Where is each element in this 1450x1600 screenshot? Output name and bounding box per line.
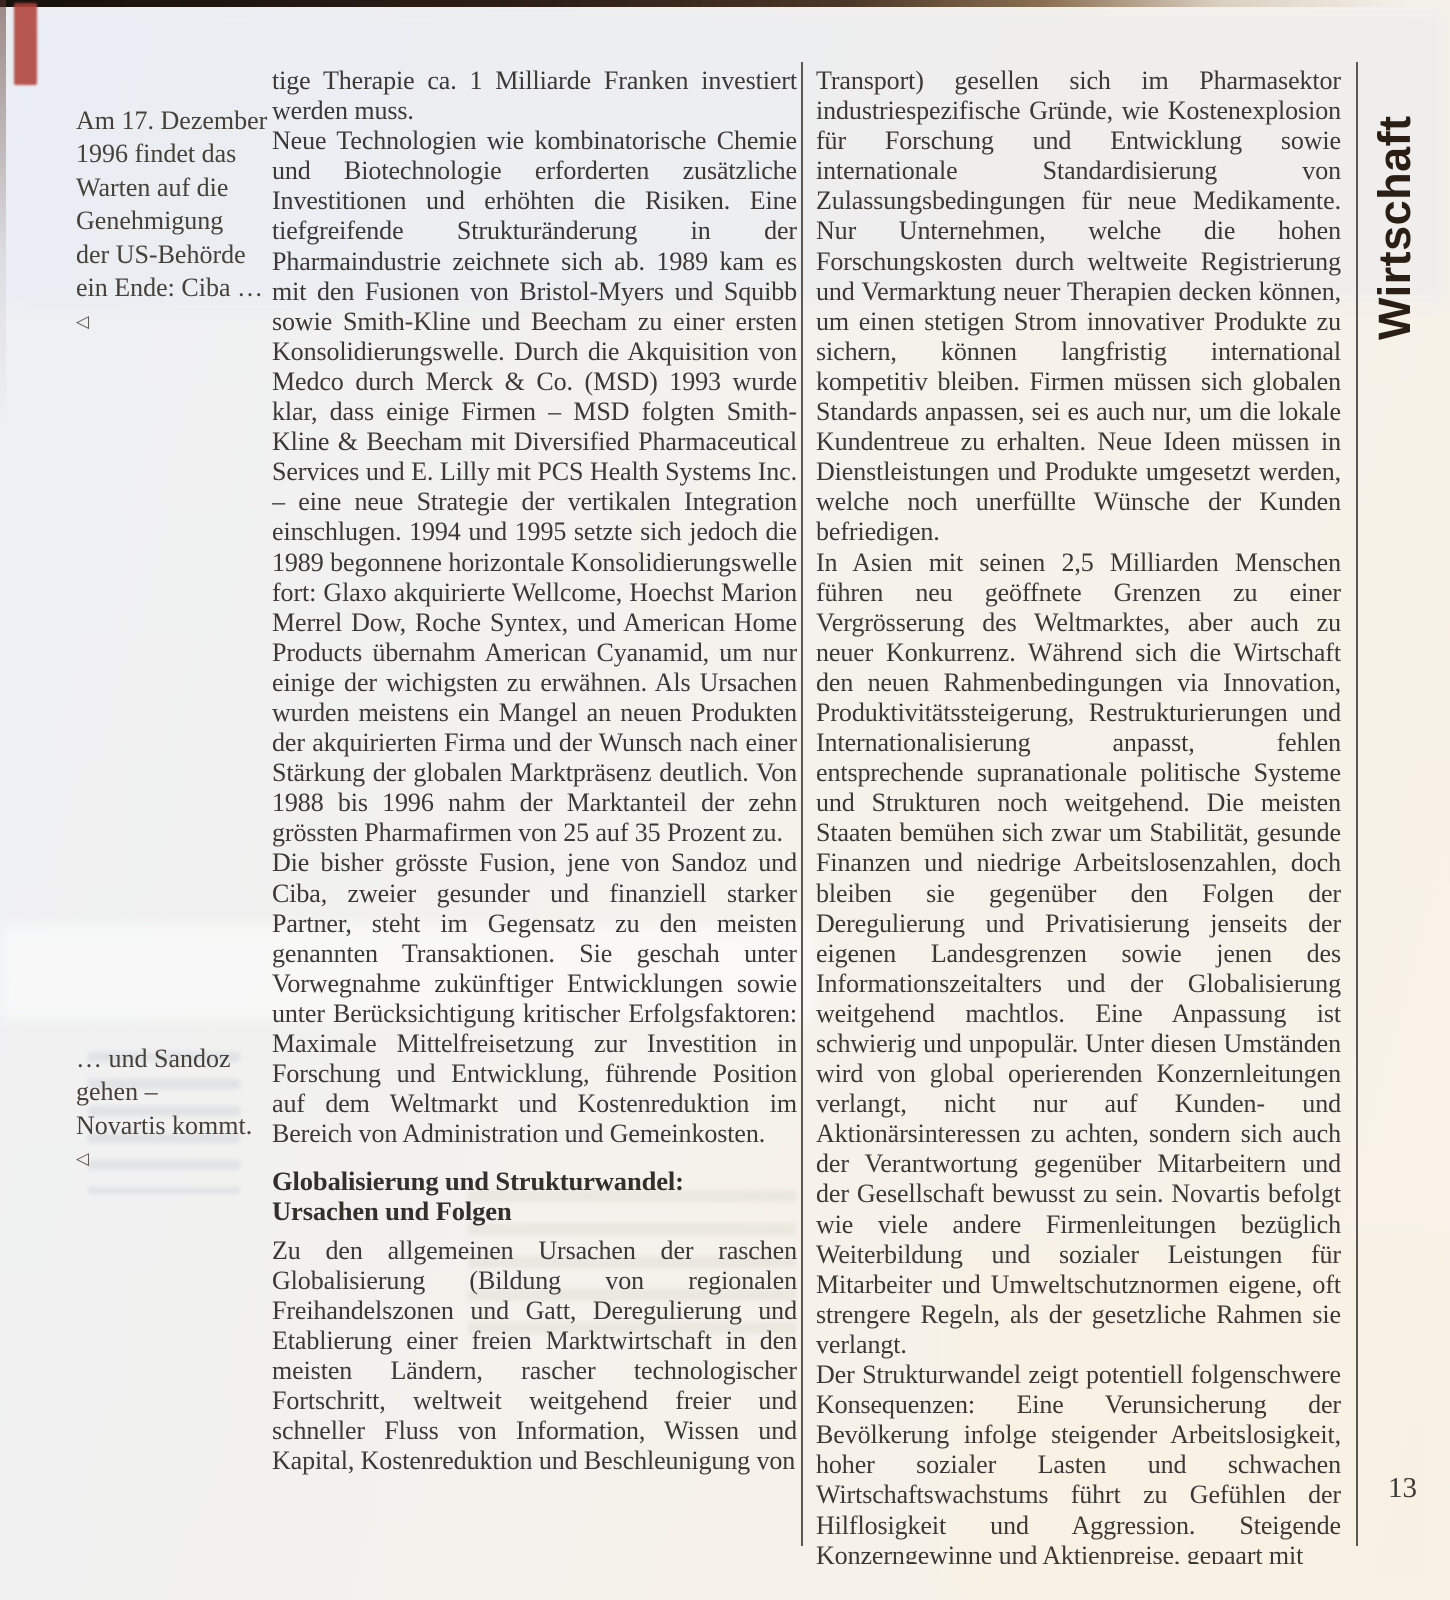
margin-note-ciba: Am 17. Dezember 1996 findet das Warten a… bbox=[76, 70, 271, 365]
page-number: 13 bbox=[1388, 1472, 1417, 1505]
scan-edge-left bbox=[0, 0, 6, 430]
column-divider-line bbox=[801, 62, 803, 1546]
margin-divider-line bbox=[1356, 62, 1358, 1546]
body-paragraph: In Asien mit seinen 2,5 Milliarden Mensc… bbox=[816, 548, 1341, 1361]
text-column-2: Transport) gesellen sich im Pharmasektor… bbox=[816, 66, 1341, 1564]
margin-note-text: … und Sandoz gehen – Novartis kommt. bbox=[76, 1044, 252, 1140]
magazine-page: Am 17. Dezember 1996 findet das Warten a… bbox=[0, 0, 1450, 1600]
body-paragraph: Der Strukturwandel zeigt potentiell folg… bbox=[816, 1360, 1341, 1564]
scan-edge-top bbox=[0, 0, 1450, 7]
red-registration-mark bbox=[14, 3, 37, 85]
margin-note-text: Am 17. Dezember 1996 findet das Warten a… bbox=[76, 106, 267, 303]
section-heading: Globalisierung und Strukturwandel: Ursac… bbox=[272, 1166, 797, 1226]
triangle-marker-icon: ◁ bbox=[76, 312, 271, 332]
body-paragraph: Die bisher grösste Fusion, jene von Sand… bbox=[272, 848, 797, 1149]
body-paragraph: Neue Technologien wie kombinatorische Ch… bbox=[272, 126, 797, 848]
body-paragraph: tige Therapie ca. 1 Milliarde Franken in… bbox=[272, 66, 797, 126]
section-label-vertical: Wirtschaft bbox=[1369, 115, 1421, 340]
body-paragraph: Transport) gesellen sich im Pharmasektor… bbox=[816, 66, 1341, 548]
triangle-marker-icon: ◁ bbox=[76, 1149, 271, 1169]
body-paragraph: Zu den allgemeinen Ursachen der raschen … bbox=[272, 1236, 797, 1477]
margin-note-novartis: … und Sandoz gehen – Novartis kommt. ◁ bbox=[76, 1008, 271, 1203]
text-column-1: tige Therapie ca. 1 Milliarde Franken in… bbox=[272, 66, 797, 1564]
